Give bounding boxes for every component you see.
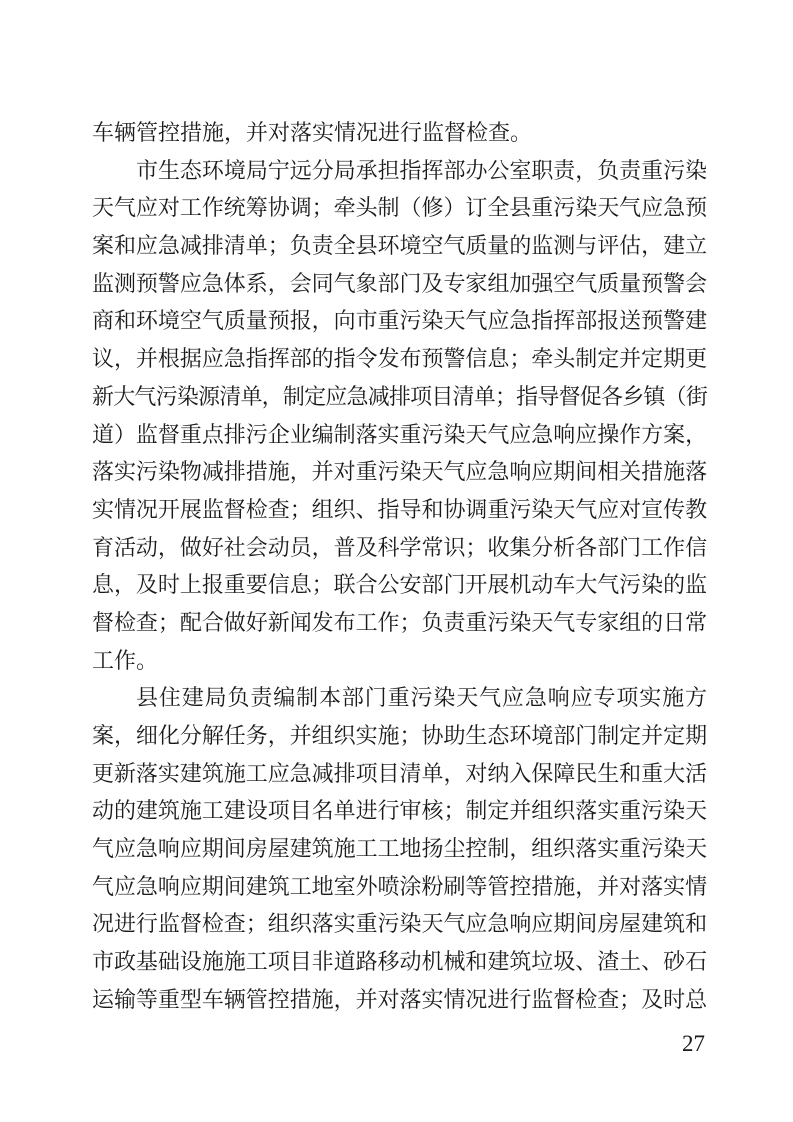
text-line: 市政基础设施施工项目非道路移动机械和建筑垃圾、渣土、砂石	[92, 943, 707, 981]
body-text: 车辆管控措施，并对落实情况进行监督检查。市生态环境局宁远分局承担指挥部办公室职责…	[92, 114, 707, 1019]
document-page: 车辆管控措施，并对落实情况进行监督检查。市生态环境局宁远分局承担指挥部办公室职责…	[0, 0, 793, 1122]
text-line: 实情况开展监督检查；组织、指导和协调重污染天气应对宣传教	[92, 491, 707, 529]
text-line: 气应急响应期间房屋建筑施工工地扬尘控制，组织落实重污染天	[92, 830, 707, 868]
text-line: 息，及时上报重要信息；联合公安部门开展机动车大气污染的监	[92, 566, 707, 604]
text-line: 案和应急减排清单；负责全县环境空气质量的监测与评估，建立	[92, 227, 707, 265]
text-line: 天气应对工作统筹协调；牵头制（修）订全县重污染天气应急预	[92, 189, 707, 227]
text-line: 议，并根据应急指挥部的指令发布预警信息；牵头制定并定期更	[92, 340, 707, 378]
text-line: 更新落实建筑施工应急减排项目清单，对纳入保障民生和重大活	[92, 755, 707, 793]
text-line: 县住建局负责编制本部门重污染天气应急响应专项实施方	[92, 679, 707, 717]
text-line: 商和环境空气质量预报，向市重污染天气应急指挥部报送预警建	[92, 302, 707, 340]
text-line: 市生态环境局宁远分局承担指挥部办公室职责，负责重污染	[92, 152, 707, 190]
page-number: 27	[682, 1031, 705, 1057]
text-line: 运输等重型车辆管控措施，并对落实情况进行监督检查；及时总	[92, 981, 707, 1019]
text-line: 育活动，做好社会动员，普及科学常识；收集分析各部门工作信	[92, 529, 707, 567]
text-line: 工作。	[92, 642, 707, 680]
text-line: 况进行监督检查；组织落实重污染天气应急响应期间房屋建筑和	[92, 905, 707, 943]
text-line: 督检查；配合做好新闻发布工作；负责重污染天气专家组的日常	[92, 604, 707, 642]
text-line: 气应急响应期间建筑工地室外喷涂粉刷等管控措施，并对落实情	[92, 868, 707, 906]
text-line: 动的建筑施工建设项目名单进行审核；制定并组织落实重污染天	[92, 792, 707, 830]
text-line: 新大气污染源清单，制定应急减排项目清单；指导督促各乡镇（街	[92, 378, 707, 416]
text-line: 道）监督重点排污企业编制落实重污染天气应急响应操作方案，	[92, 416, 707, 454]
text-line: 落实污染物减排措施，并对重污染天气应急响应期间相关措施落	[92, 453, 707, 491]
text-line: 监测预警应急体系，会同气象部门及专家组加强空气质量预警会	[92, 265, 707, 303]
text-line: 车辆管控措施，并对落实情况进行监督检查。	[92, 114, 707, 152]
text-line: 案，细化分解任务，并组织实施；协助生态环境部门制定并定期	[92, 717, 707, 755]
